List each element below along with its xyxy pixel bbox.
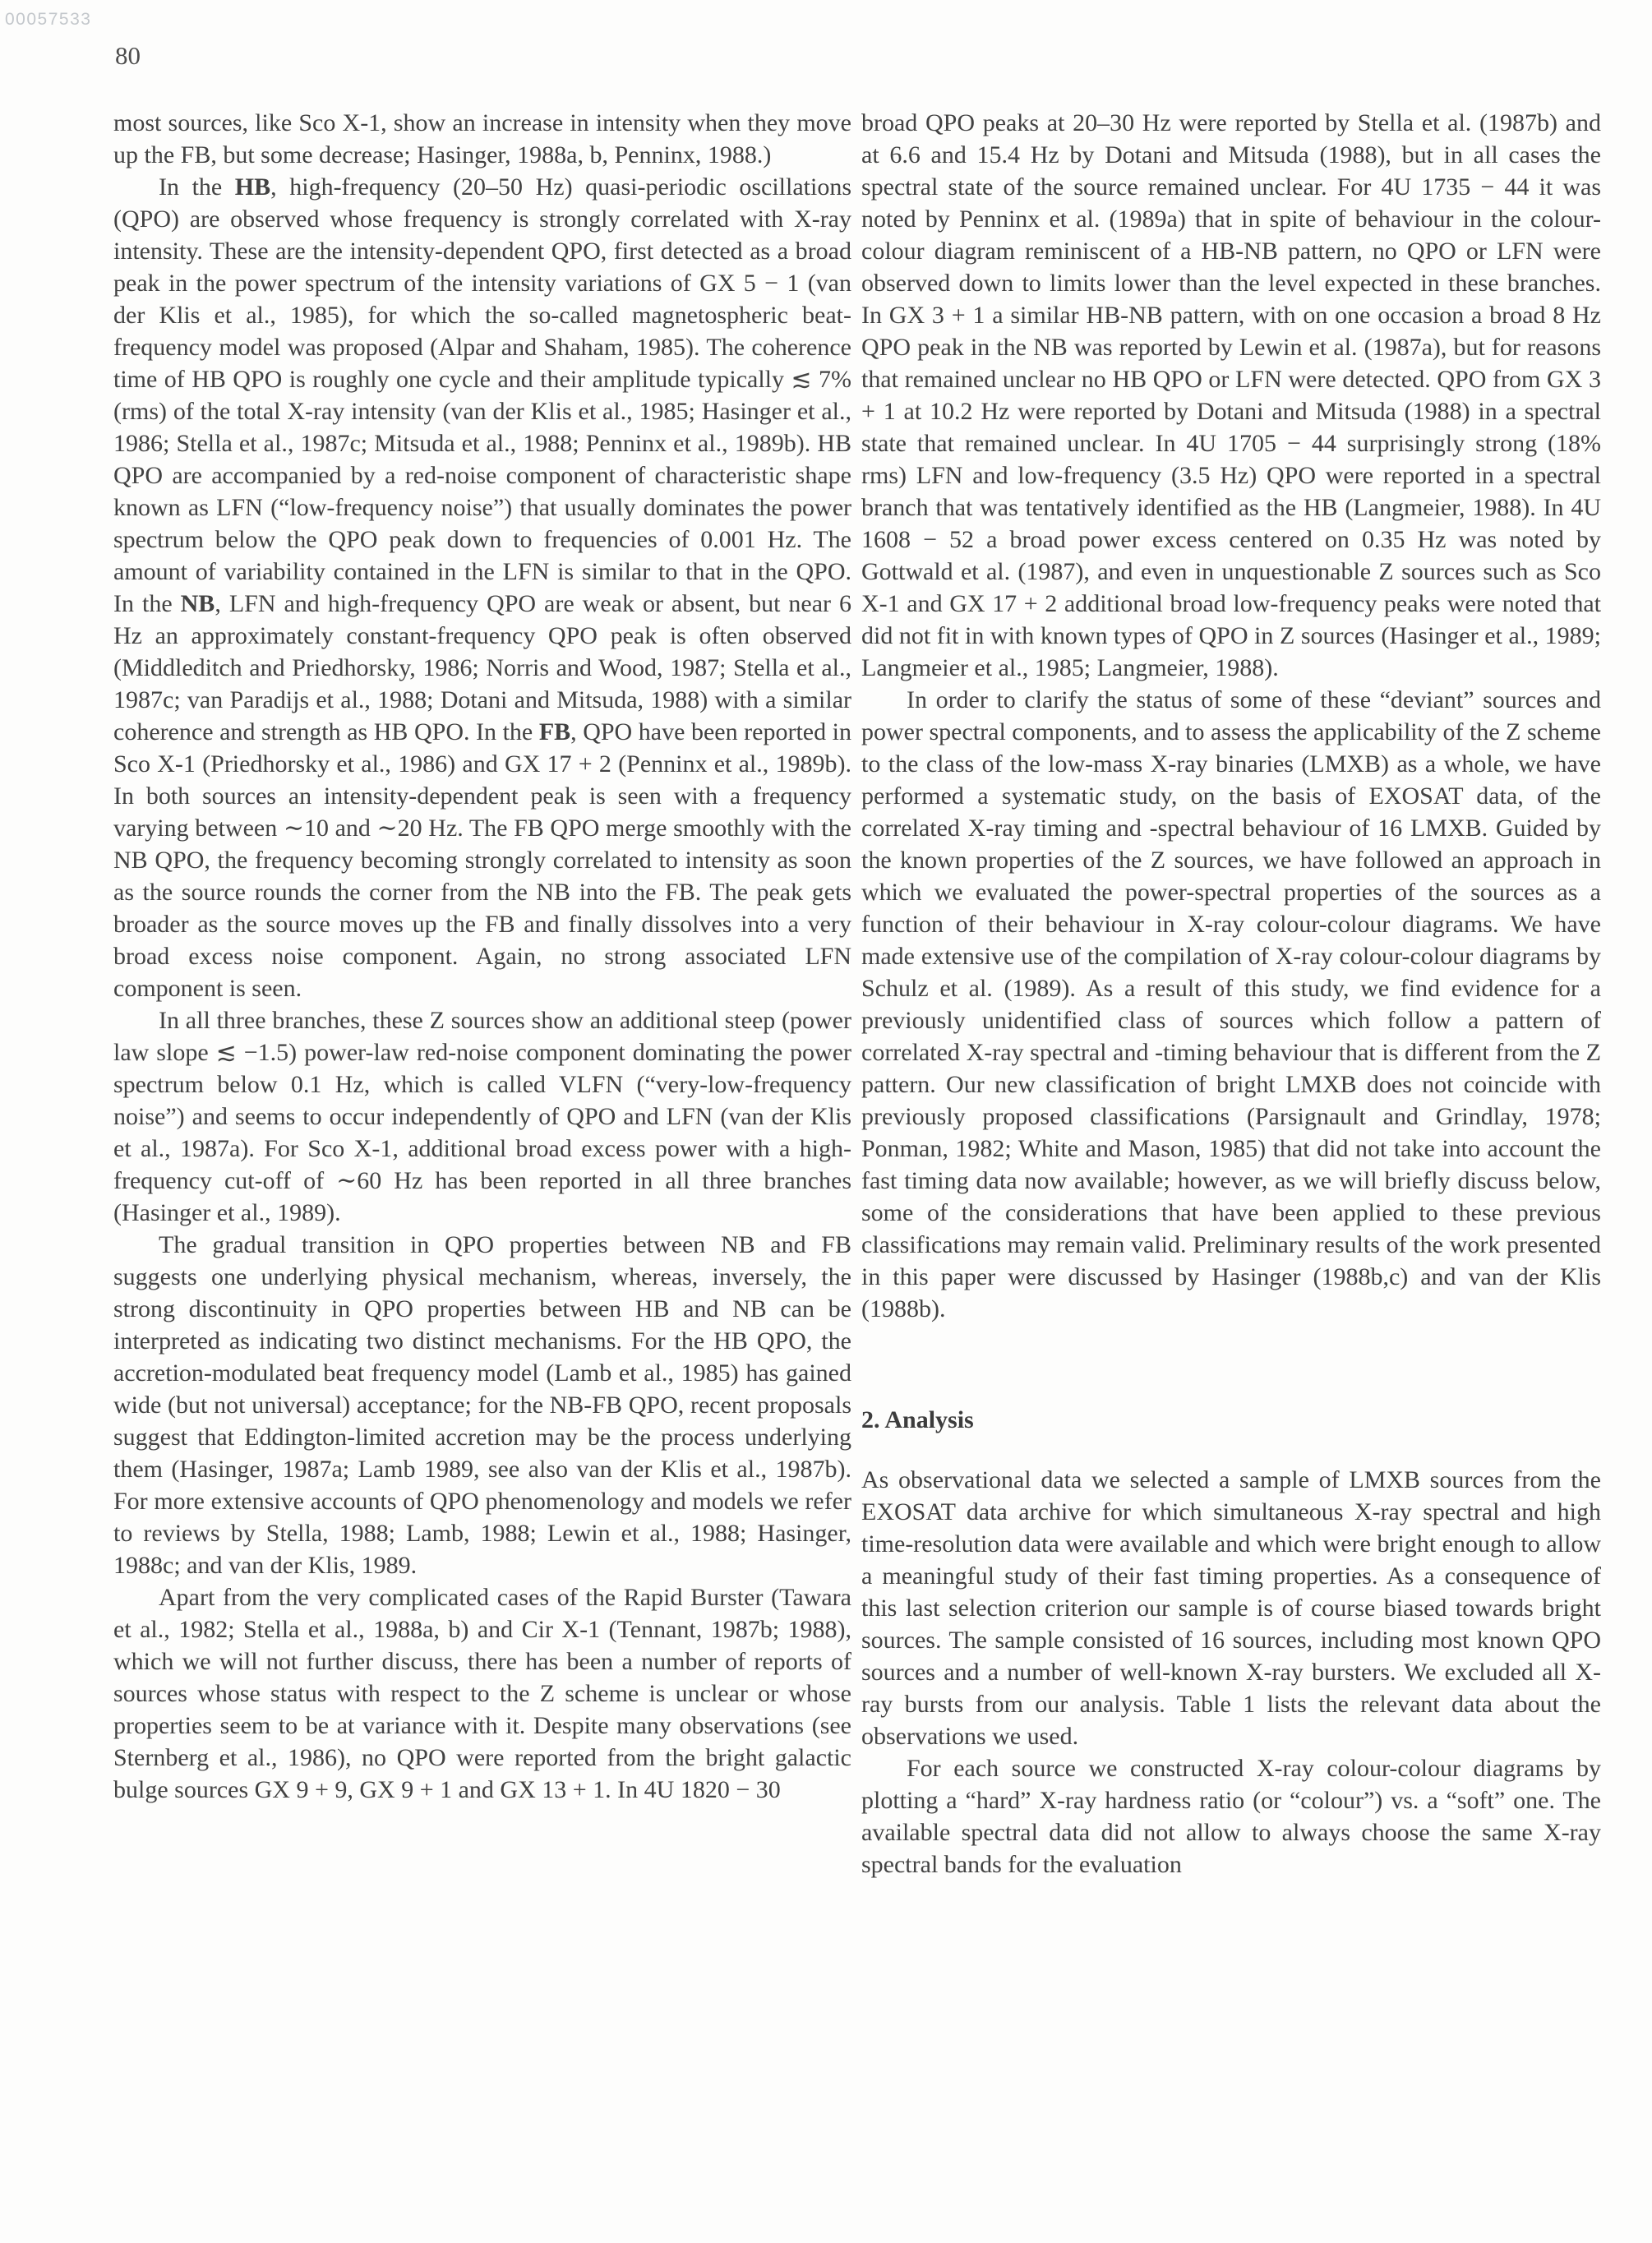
bold-term: FB (539, 718, 570, 745)
paragraph: In order to clarify the status of some o… (861, 684, 1601, 1325)
paragraph: As observational data we selected a samp… (861, 1464, 1601, 1752)
scan-stamp-number: 00057533 (5, 10, 91, 30)
text-run: broad QPO peaks at 20–30 Hz were reporte… (861, 109, 1601, 681)
paragraph: The gradual transition in QPO properties… (113, 1229, 851, 1581)
page-number: 80 (115, 41, 141, 71)
paragraph: most sources, like Sco X-1, show an incr… (113, 107, 851, 171)
text-run: As observational data we selected a samp… (861, 1466, 1601, 1750)
text-run: For each source we constructed X-ray col… (861, 1755, 1601, 1878)
text-run: The gradual transition in QPO properties… (113, 1231, 851, 1579)
text-run: , high-frequency (20–50 Hz) quasi-period… (113, 173, 851, 617)
paragraph: In all three branches, these Z sources s… (113, 1004, 851, 1229)
paragraph: For each source we constructed X-ray col… (861, 1752, 1601, 1881)
text-run: Apart from the very complicated cases of… (113, 1584, 851, 1803)
paragraph: Apart from the very complicated cases of… (113, 1581, 851, 1806)
text-run: In order to clarify the status of some o… (861, 686, 1601, 1322)
paragraph: In the HB, high-frequency (20–50 Hz) qua… (113, 171, 851, 1004)
bold-term: NB (181, 590, 215, 617)
left-column: most sources, like Sco X-1, show an incr… (113, 107, 851, 1806)
text-run: In all three branches, these Z sources s… (113, 1007, 851, 1226)
text-run: , QPO have been reported in Sco X-1 (Pri… (113, 718, 851, 1002)
paragraph: broad QPO peaks at 20–30 Hz were reporte… (861, 107, 1601, 684)
right-column: broad QPO peaks at 20–30 Hz were reporte… (861, 107, 1601, 1881)
text-run: In the (159, 173, 235, 201)
text-run: most sources, like Sco X-1, show an incr… (113, 109, 851, 168)
section-heading: 2. Analysis (861, 1404, 1601, 1436)
bold-term: HB (235, 173, 270, 201)
